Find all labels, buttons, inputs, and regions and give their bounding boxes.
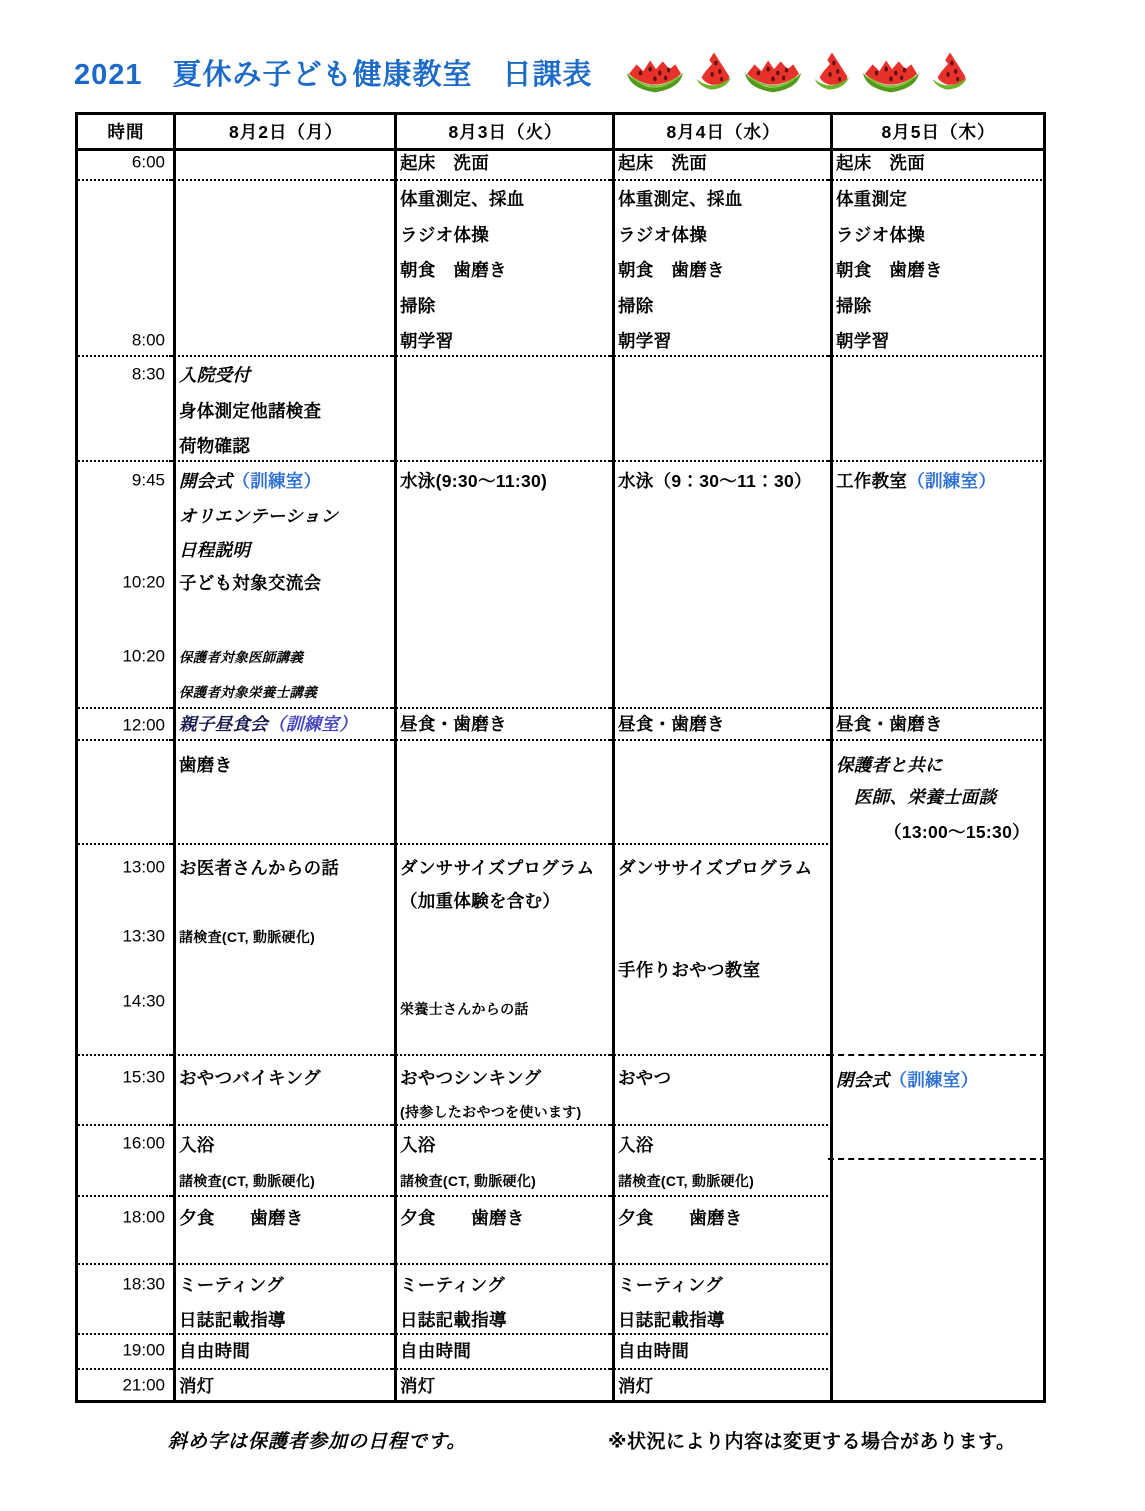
watermelon-slice-wide-icon [860,53,922,95]
day-column-mon: 入院受付身体測定他諸検査荷物確認開会式（訓練室）オリエンテーション日程説明子ども… [171,145,392,1403]
row-separator-dashed [828,1158,1046,1160]
row-separator [828,179,1046,181]
schedule-item: 自由時間 [400,1338,471,1363]
row-separator [171,739,392,741]
schedule-item: 親子昼食会 （訓練室） [179,711,357,736]
schedule-item: 水泳(9:30～11:30) [400,468,547,493]
schedule-item: 掃除 [618,293,654,318]
schedule-item: ラジオ体操 [618,222,707,247]
time-label: 13:30 [122,927,165,947]
schedule-item: 日誌記載指導 [618,1307,725,1332]
row-separator [171,460,392,462]
time-label: 18:00 [122,1208,165,1228]
schedule-item: 身体測定他諸検査 [179,398,321,423]
schedule-item: 諸検査(CT, 動脈硬化) [179,926,315,947]
schedule-item: 入浴 [400,1132,436,1157]
row-separator [392,460,610,462]
row-separator [75,1263,171,1265]
day-column-wed: 起床 洗面体重測定、採血ラジオ体操朝食 歯磨き掃除朝学習水泳（9：30～11：3… [610,145,828,1403]
row-separator [392,1195,610,1197]
row-separator [392,707,610,709]
time-label: 8:00 [132,331,165,351]
row-separator [171,1124,392,1126]
row-separator [171,1195,392,1197]
schedule-item: 入浴 [618,1132,654,1157]
row-separator-dashed [828,1054,1046,1056]
schedule-item: 保護者と共に [836,752,943,777]
schedule-item: 朝学習 [836,328,889,353]
schedule-item: 工作教室（訓練室） [836,468,996,493]
row-separator [610,355,828,357]
row-separator [171,707,392,709]
row-separator [610,179,828,181]
time-label: 15:30 [122,1068,165,1088]
row-separator [610,1195,828,1197]
schedule-item: 昼食・歯磨き [618,711,725,736]
schedule-item: ダンササイズプログラム [618,855,812,880]
time-label: 10:20 [122,573,165,593]
schedule-item: ミーティング [400,1272,505,1297]
schedule-item: (持参したおやつを使います) [400,1101,582,1122]
header-cell-day-tue: 8月3日（火） [398,115,613,148]
schedule-item: 歯磨き [179,752,232,777]
day-column-tue: 起床 洗面体重測定、採血ラジオ体操朝食 歯磨き掃除朝学習水泳(9:30～11:3… [392,145,610,1403]
schedule-item: 昼食・歯磨き [400,711,507,736]
schedule-item: ラジオ体操 [400,222,489,247]
schedule-item: 栄養士さんからの話 [400,998,529,1019]
schedule-item: 医師、栄養士面談 [854,784,996,809]
schedule-item: 自由時間 [179,1338,250,1363]
schedule-item: ダンササイズプログラム [400,855,594,880]
row-separator [75,460,171,462]
row-separator [392,1124,610,1126]
schedule-item: 手作りおやつ教室 [618,957,760,982]
time-column: 6:008:008:309:4510:2010:2012:0013:0013:3… [75,145,171,1403]
time-label: 21:00 [122,1376,165,1396]
row-separator [610,1054,828,1056]
row-separator [610,460,828,462]
schedule-item: 日誌記載指導 [400,1307,507,1332]
schedule-item: おやつシンキング [400,1065,541,1090]
header-cell-day-mon: 8月2日（月） [177,115,395,148]
time-label: 14:30 [122,992,165,1012]
schedule-item: 日程説明 [179,537,250,562]
schedule-item: 諸検査(CT, 動脈硬化) [618,1170,754,1191]
schedule-item: 消灯 [400,1373,436,1398]
row-separator [171,355,392,357]
time-label: 6:00 [132,153,165,173]
schedule-item: 体重測定、採血 [618,186,743,211]
schedule-item: 水泳（9：30～11：30） [618,468,812,493]
watermelon-row [624,50,971,95]
header-cell-day-wed: 8月4日（水） [616,115,831,148]
schedule-item: （13:00～15:30） [884,819,1030,844]
page-title: 2021 夏休み子ども健康教室 日課表 [74,52,593,93]
row-separator [610,1368,828,1370]
schedule-item: 入院受付 [179,362,250,387]
schedule-item: 子ども対象交流会 [179,570,321,595]
row-separator [392,179,610,181]
time-label: 10:20 [122,647,165,667]
schedule-item: おやつバイキング [179,1065,321,1090]
row-separator [75,179,171,181]
time-label: 13:00 [122,858,165,878]
row-separator [828,355,1046,357]
time-label: 8:30 [132,365,165,385]
row-separator [392,1368,610,1370]
header-cell-day-thu: 8月5日（木） [834,115,1043,148]
schedule-item: 諸検査(CT, 動脈硬化) [400,1170,536,1191]
schedule-item: 朝食 歯磨き [400,257,507,282]
row-separator [610,843,828,845]
row-separator [610,1263,828,1265]
row-separator [75,1333,171,1335]
schedule-item: 入浴 [179,1132,215,1157]
note-change-disclaimer: ※状況により内容は変更する場合があります。 [608,1427,1015,1454]
row-separator [75,1368,171,1370]
watermelon-slice-tall-icon [811,50,853,95]
schedule-item: 朝食 歯磨き [618,257,725,282]
row-separator [610,707,828,709]
row-separator [171,1054,392,1056]
row-separator [171,843,392,845]
day-column-thu: 起床 洗面体重測定ラジオ体操朝食 歯磨き掃除朝学習工作教室（訓練室）昼食・歯磨き… [828,145,1046,1403]
row-separator [75,355,171,357]
schedule-item: 体重測定 [836,186,907,211]
note-italic-legend: 斜め字は保護者参加の日程です。 [168,1427,466,1454]
row-separator [75,707,171,709]
row-separator [171,1333,392,1335]
schedule-item: 保護者対象医師講義 [179,646,303,667]
schedule-item: 昼食・歯磨き [836,711,943,736]
schedule-item: 日誌記載指導 [179,1307,286,1332]
row-separator [610,739,828,741]
row-separator [610,1124,828,1126]
schedule-item: 開会式（訓練室） [179,468,321,493]
schedule-item: （加重体験を含む） [400,888,560,913]
row-separator [171,179,392,181]
row-separator [171,1263,392,1265]
schedule-item: 諸検査(CT, 動脈硬化) [179,1170,315,1191]
schedule-item: 朝学習 [618,328,671,353]
watermelon-slice-tall-icon [693,50,735,95]
row-separator [75,1195,171,1197]
watermelon-slice-tall-icon [929,50,971,95]
row-separator [75,1124,171,1126]
time-label: 16:00 [122,1134,165,1154]
schedule-item: ラジオ体操 [836,222,925,247]
schedule-item: 消灯 [618,1373,654,1398]
row-separator [392,355,610,357]
schedule-item: 起床 洗面 [400,150,489,175]
time-label: 18:30 [122,1275,165,1295]
schedule-item: 起床 洗面 [836,150,925,175]
schedule-item: 保護者対象栄養士講義 [179,681,317,702]
row-separator [610,1333,828,1335]
schedule-item: 起床 洗面 [618,150,707,175]
schedule-item: 体重測定、採血 [400,186,525,211]
watermelon-slice-wide-icon [624,53,686,95]
header-cell-time: 時間 [78,115,174,148]
row-separator [75,1054,171,1056]
row-separator [75,843,171,845]
schedule-item: 閉会式（訓練室） [836,1067,978,1092]
schedule-item: 掃除 [400,293,436,318]
schedule-item: 荷物確認 [179,433,250,458]
page: 2021 夏休み子ども健康教室 日課表 時間 8月2日（月） 8月3日（火） 8… [0,0,1145,1511]
row-separator [828,739,1046,741]
time-label: 12:00 [122,716,165,736]
row-separator [392,739,610,741]
row-separator [171,1368,392,1370]
schedule-item: 掃除 [836,293,872,318]
row-separator [392,1333,610,1335]
time-label: 9:45 [132,471,165,491]
schedule-item: オリエンテーション [179,503,338,528]
schedule-item: ミーティング [618,1272,723,1297]
row-separator [75,739,171,741]
schedule-item: おやつ [618,1065,671,1090]
schedule-item: 夕食 歯磨き [179,1205,304,1230]
time-label: 19:00 [122,1341,165,1361]
watermelon-slice-wide-icon [742,53,804,95]
row-separator [392,1054,610,1056]
schedule-item: 夕食 歯磨き [618,1205,743,1230]
schedule-item: 夕食 歯磨き [400,1205,525,1230]
schedule-item: 消灯 [179,1373,215,1398]
row-separator [828,707,1046,709]
schedule-item: 朝食 歯磨き [836,257,943,282]
row-separator [392,843,610,845]
schedule-item: 朝学習 [400,328,453,353]
schedule-item: お医者さんからの話 [179,855,339,880]
schedule-item: 自由時間 [618,1338,689,1363]
schedule-item: ミーティング [179,1272,284,1297]
row-separator [392,1263,610,1265]
row-separator [828,460,1046,462]
